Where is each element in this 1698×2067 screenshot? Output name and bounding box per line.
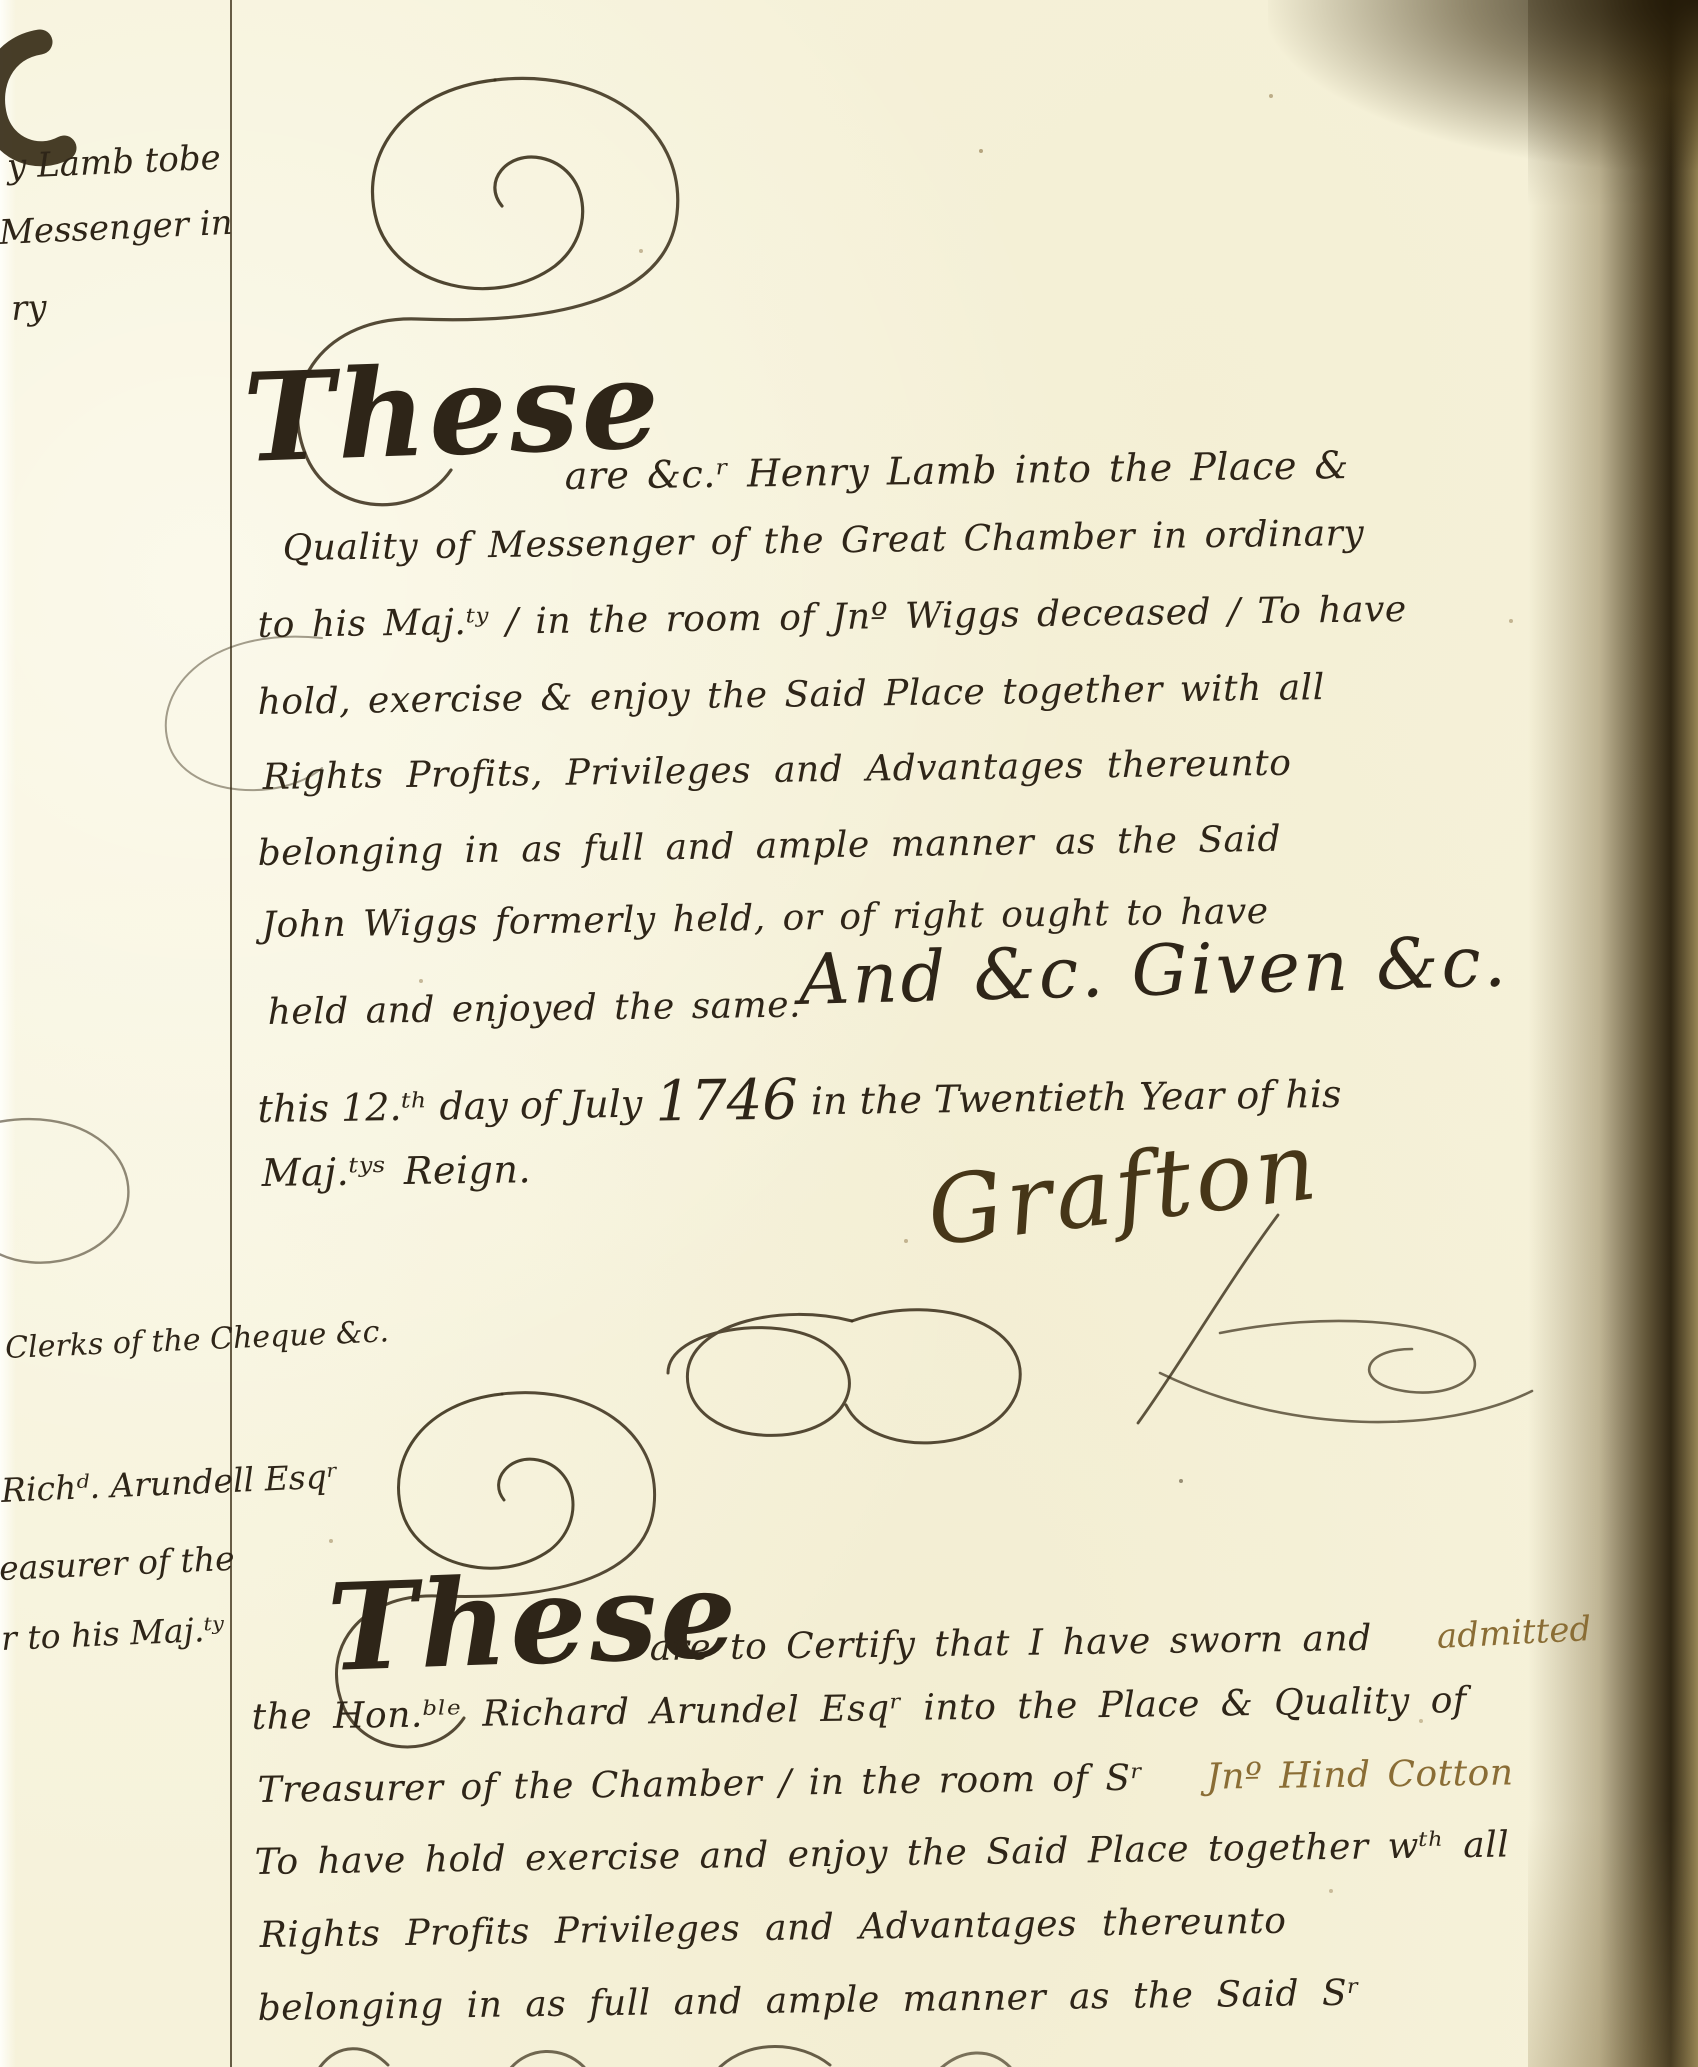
entry2-line-room-faded: Jnº Hind Cotton xyxy=(1206,1752,1514,1797)
margin-note-clerks-line1: Clerks of the Cheque &c. xyxy=(4,1315,389,1366)
top-right-corner-shadow xyxy=(1268,0,1698,170)
margin-note-arundel-line3: r to his Maj.ᵗʸ xyxy=(0,1610,225,1658)
entry1-line-held: held and enjoyed the same. xyxy=(267,985,801,1034)
entry2-line-tohave: To have hold exercise and enjoy the Said… xyxy=(254,1824,1509,1883)
entry1-opening-rest: are &c.ʳ Henry Lamb into the Place & xyxy=(564,444,1349,499)
margin-rule xyxy=(230,0,232,2067)
entry2-line-room-main: Treasurer of the Chamber / in the room o… xyxy=(257,1758,1143,1811)
entry1-reign-line: Maj.ᵗʸˢ Reign. xyxy=(261,1148,531,1195)
entry1-date-year: 1746 xyxy=(655,1067,798,1134)
entry1-date-suffix: in the Twentieth Year of his xyxy=(811,1072,1342,1123)
margin-note-lamb-line1: y Lamb tobe xyxy=(6,139,221,187)
entry2-opening-rest: are to Certify that I have sworn and xyxy=(649,1618,1372,1669)
margin-note-lamb-line2: Messenger in xyxy=(0,204,233,253)
entry1-date-line: this 12.ᵗʰ day of July 1746 in the Twent… xyxy=(257,1057,1342,1137)
stray-flourish-arc-1 xyxy=(140,618,350,808)
entry1-date-prefix: this 12.ᵗʰ day of July xyxy=(257,1082,642,1131)
right-edge-shadow xyxy=(1528,0,1698,2067)
entry2-opening-word: These xyxy=(325,1546,741,1698)
entry1-line-majesty: to his Maj.ᵗʸ / in the room of Jnº Wiggs… xyxy=(257,589,1407,646)
entry1-line-hold: hold, exercise & enjoy the Said Place to… xyxy=(257,667,1325,723)
margin-note-arundel-line2: easurer of the xyxy=(0,1540,235,1588)
entry2-line-rights: Rights Profits Privileges and Advantages… xyxy=(259,1901,1286,1957)
entry2-line-room: Treasurer of the Chamber / in the room o… xyxy=(257,1752,1513,1811)
entry1-line-belonging: belonging in as full and ample manner as… xyxy=(257,819,1281,875)
bottom-edge-strokes xyxy=(300,2037,1200,2067)
entry2-line-belonging: belonging in as full and ample manner as… xyxy=(257,1973,1360,2030)
entry1-line-quality: Quality of Messenger of the Great Chambe… xyxy=(282,513,1364,569)
stray-flourish-arc-2 xyxy=(0,1085,175,1285)
entry1-closing: And &c. Given &c. xyxy=(798,921,1510,1020)
margin-note-lamb-line3: ry xyxy=(10,288,47,329)
ink-specks xyxy=(0,0,2,2)
entry1-line-rights: Rights Profits, Privileges and Advantage… xyxy=(262,743,1291,799)
manuscript-page: y Lamb tobe Messenger in ry These are &c… xyxy=(0,0,1698,2067)
entry2-admitted-word: admitted xyxy=(1436,1610,1592,1657)
margin-note-arundel-line1: Richᵈ. Arundell Esqʳ xyxy=(0,1457,339,1510)
